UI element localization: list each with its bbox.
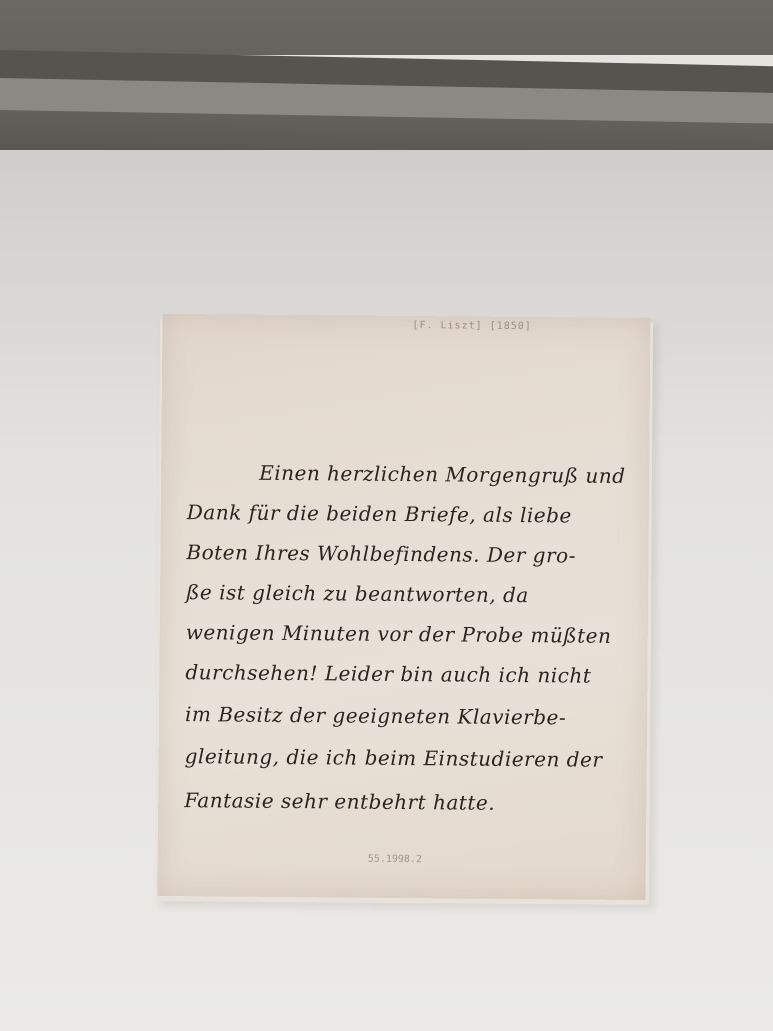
letter-line: Dank für die beiden Briefe, als liebe	[187, 500, 572, 527]
archive-note: [F. Liszt] [1850]	[412, 320, 531, 332]
shelf-top	[0, 0, 773, 55]
letter-line: durchsehen! Leider bin auch ich nicht	[185, 660, 591, 688]
letter-sheet: [F. Liszt] [1850] Einen herzlichen Morge…	[157, 314, 650, 900]
inventory-number: 55.1998.2	[368, 854, 422, 865]
letter-line: Einen herzlichen Morgengruß und	[259, 461, 626, 488]
letter-line: ße ist gleich zu beantworten, da	[186, 580, 529, 607]
letter-line: wenigen Minuten vor der Probe müßten	[186, 620, 612, 648]
letter-line: Boten Ihres Wohlbefindens. Der gro-	[186, 540, 576, 567]
letter-line: gleitung, die ich beim Einstudieren der	[185, 744, 603, 772]
letter-line: Fantasie sehr entbehrt hatte.	[184, 788, 495, 815]
letter-line: im Besitz der geeigneten Klavierbe-	[185, 702, 566, 729]
